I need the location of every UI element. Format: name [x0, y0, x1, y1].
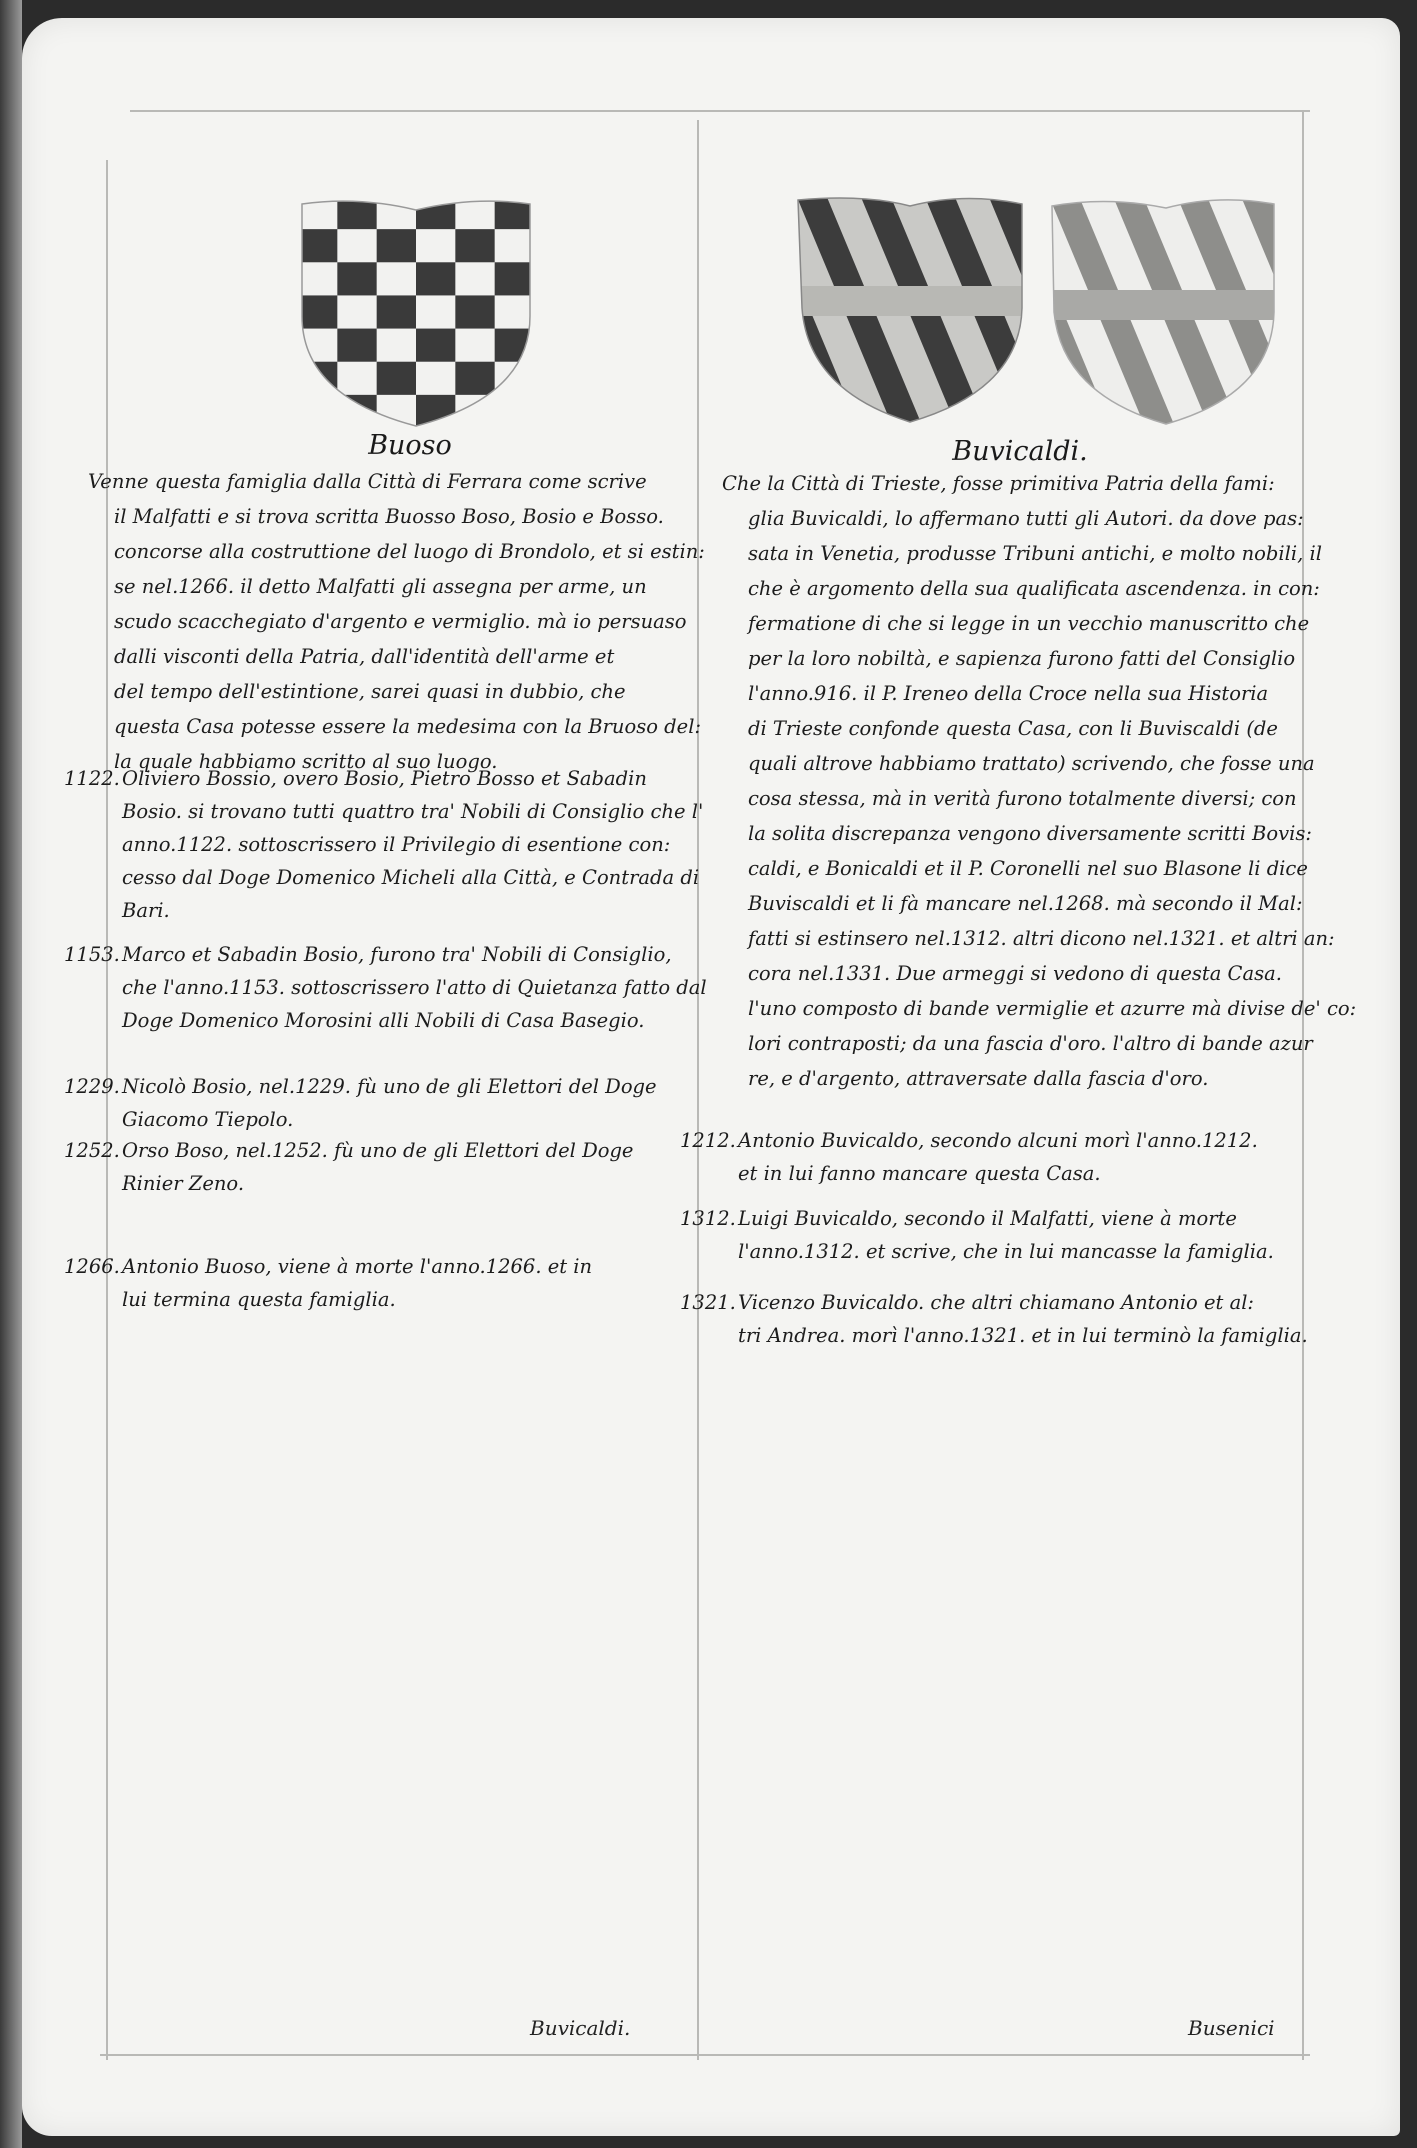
text-line: lori contraposti; da una fascia d'oro. l… — [722, 1026, 1356, 1061]
text-line: Doge Domenico Morosini alli Nobili di Ca… — [122, 1004, 707, 1037]
top-ruling-line — [130, 110, 1310, 112]
text-line: cora nel.1331. Due armeggi si vedono di … — [722, 956, 1356, 991]
text-line: per la loro nobiltà, e sapienza furono f… — [722, 641, 1356, 676]
text-line: Vicenzo Buvicaldo. che altri chiamano An… — [738, 1286, 1308, 1319]
text-line: l'uno composto di bande vermiglie et azu… — [722, 991, 1356, 1026]
entry-year: 1312. — [680, 1202, 736, 1235]
text-line: sata in Venetia, produsse Tribuni antich… — [722, 536, 1356, 571]
text-line: cosa stessa, mà in verità furono totalme… — [722, 781, 1356, 816]
text-line: Che la Città di Trieste, fosse primitiva… — [722, 466, 1356, 501]
entry-1122: 1122. Oliviero Bossio, overo Bosio, Piet… — [64, 762, 684, 932]
text-line: tri Andrea. morì l'anno.1321. et in lui … — [738, 1319, 1308, 1352]
text-line: Venne questa famiglia dalla Città di Fer… — [88, 464, 705, 499]
text-line: dalli visconti della Patria, dall'identi… — [88, 639, 705, 674]
scan-binding-edge — [0, 0, 22, 2148]
entry-year: 1229. — [64, 1070, 120, 1103]
text-line: Giacomo Tiepolo. — [122, 1103, 657, 1136]
text-line: concorse alla costruttione del luogo di … — [88, 534, 705, 569]
text-line: l'anno.1312. et scrive, che in lui manca… — [738, 1235, 1274, 1268]
left-family-heading: Buoso — [300, 430, 520, 461]
entry-1312: 1312. Luigi Buvicaldo, secondo il Malfat… — [680, 1202, 1320, 1272]
entry-1212: 1212. Antonio Buvicaldo, secondo alcuni … — [680, 1124, 1320, 1194]
right-family-heading: Buvicaldi. — [900, 436, 1140, 467]
entry-1266: 1266. Antonio Buoso, viene à morte l'ann… — [64, 1250, 684, 1320]
bendy-shield-light-icon — [1048, 194, 1278, 426]
text-line: di Trieste confonde questa Casa, con li … — [722, 711, 1356, 746]
text-line: Oliviero Bossio, overo Bosio, Pietro Bos… — [122, 762, 703, 795]
entry-year: 1252. — [64, 1134, 120, 1167]
text-line: fatti si estinsero nel.1312. altri dicon… — [722, 921, 1356, 956]
column-divider-line — [697, 120, 699, 2060]
text-line: Nicolò Bosio, nel.1229. fù uno de gli El… — [122, 1070, 657, 1103]
text-line: glia Buvicaldi, lo affermano tutti gli A… — [722, 501, 1356, 536]
text-line: quali altrove habbiamo trattato) scriven… — [722, 746, 1356, 781]
text-line: Rinier Zeno. — [122, 1167, 633, 1200]
text-line: anno.1122. sottoscrissero il Privilegio … — [122, 828, 703, 861]
text-line: lui termina questa famiglia. — [122, 1283, 592, 1316]
text-line: Bari. — [122, 894, 703, 927]
entry-year: 1153. — [64, 938, 120, 971]
text-line: caldi, e Bonicaldi et il P. Coronelli ne… — [722, 851, 1356, 886]
text-line: Antonio Buvicaldo, secondo alcuni morì l… — [738, 1124, 1258, 1157]
text-line: la solita discrepanza vengono diversamen… — [722, 816, 1356, 851]
bendy-shield-dark-icon — [794, 190, 1026, 424]
text-line: Bosio. si trovano tutti quattro tra' Nob… — [122, 795, 703, 828]
text-line: che è argomento della sua qualificata as… — [722, 571, 1356, 606]
text-line: Luigi Buvicaldo, secondo il Malfatti, vi… — [738, 1202, 1274, 1235]
text-line: l'anno.916. il P. Ireneo della Croce nel… — [722, 676, 1356, 711]
text-line: scudo scacchegiato d'argento e vermiglio… — [88, 604, 705, 639]
entry-year: 1122. — [64, 762, 120, 795]
text-line: se nel.1266. il detto Malfatti gli asseg… — [88, 569, 705, 604]
catchword-right: Busenici — [1188, 2016, 1275, 2040]
text-line: che l'anno.1153. sottoscrissero l'atto d… — [122, 971, 707, 1004]
entry-1321: 1321. Vicenzo Buvicaldo. che altri chiam… — [680, 1286, 1320, 1356]
text-line: fermatione di che si legge in un vecchio… — [722, 606, 1356, 641]
text-line: Marco et Sabadin Bosio, furono tra' Nobi… — [122, 938, 707, 971]
text-line: cesso dal Doge Domenico Micheli alla Cit… — [122, 861, 703, 894]
text-line: re, e d'argento, attraversate dalla fasc… — [722, 1061, 1356, 1096]
entry-year: 1266. — [64, 1250, 120, 1283]
left-intro-paragraph: Venne questa famiglia dalla Città di Fer… — [88, 464, 705, 779]
right-intro-paragraph: Che la Città di Trieste, fosse primitiva… — [722, 466, 1356, 1096]
bottom-ruling-line — [100, 2054, 1310, 2056]
text-line: del tempo dell'estintione, sarei quasi i… — [88, 674, 705, 709]
text-line: Orso Boso, nel.1252. fù uno de gli Elett… — [122, 1134, 633, 1167]
entry-year: 1212. — [680, 1124, 736, 1157]
text-line: et in lui fanno mancare questa Casa. — [738, 1157, 1258, 1190]
text-line: Buviscaldi et li fà mancare nel.1268. mà… — [722, 886, 1356, 921]
entry-1229: 1229. Nicolò Bosio, nel.1229. fù uno de … — [64, 1070, 684, 1140]
checky-shield-icon — [298, 196, 534, 428]
catchword-left: Buvicaldi. — [530, 2016, 630, 2040]
text-line: questa Casa potesse essere la medesima c… — [88, 709, 705, 744]
entry-year: 1321. — [680, 1286, 736, 1319]
text-line: il Malfatti e si trova scritta Buosso Bo… — [88, 499, 705, 534]
text-line: Antonio Buoso, viene à morte l'anno.1266… — [122, 1250, 592, 1283]
entry-1153: 1153. Marco et Sabadin Bosio, furono tra… — [64, 938, 684, 1048]
entry-1252: 1252. Orso Boso, nel.1252. fù uno de gli… — [64, 1134, 684, 1204]
